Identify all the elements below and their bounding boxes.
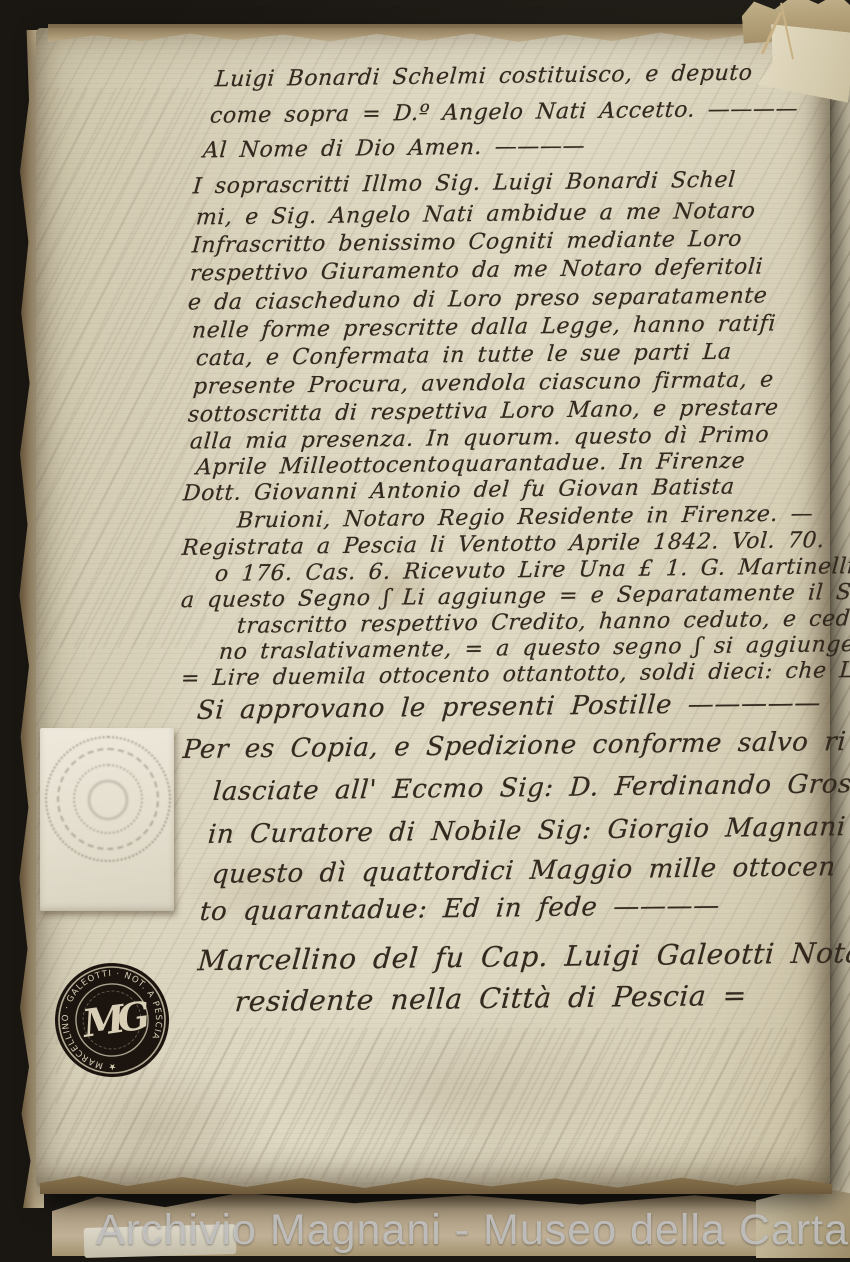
manuscript-line: mi, e Sig. Angelo Nati ambidue a me Nota… xyxy=(195,199,756,231)
notary-seal-graphic: ★ MARCELLINO · GALEOTTI · NOT. A PESCIA … xyxy=(44,952,180,1088)
manuscript-line: e da ciascheduno di Loro preso separatam… xyxy=(187,283,768,315)
manuscript-line: residente nella Città di Pescia = xyxy=(234,979,748,1018)
manuscript-line: Infrascritto benissimo Cogniti mediante … xyxy=(191,227,743,259)
notary-ink-seal-icon: ★ MARCELLINO · GALEOTTI · NOT. A PESCIA … xyxy=(44,952,180,1088)
archive-watermark-caption: Archivio Magnani - Museo della Carta xyxy=(96,1206,849,1255)
manuscript-line: Dott. Giovanni Antonio del fu Giovan Bat… xyxy=(182,475,736,507)
manuscript-line: respettivo Giuramento da me Notaro defer… xyxy=(189,254,764,286)
manuscript-line: questo dì quattordici Maggio mille ottoc… xyxy=(211,852,837,890)
embossed-stamp-core-icon xyxy=(88,780,128,820)
manuscript-line: come sopra = D.º Angelo Nati Accetto. ——… xyxy=(209,96,799,128)
manuscript-line: in Curatore di Nobile Sig: Giorgio Magna… xyxy=(207,812,847,850)
manuscript-line: Luigi Bonardi Schelmi costituisco, e dep… xyxy=(214,61,753,93)
manuscript-line: to quarantadue: Ed in fede ———— xyxy=(199,891,721,927)
manuscript-line: I soprascritti Illmo Sig. Luigi Bonardi … xyxy=(192,168,737,200)
manuscript-line: cata, e Confermata in tutte le sue parti… xyxy=(195,340,733,372)
seal-monogram: MG xyxy=(78,992,152,1046)
manuscript-line: Marcellino del fu Cap. Luigi Galeotti No… xyxy=(197,936,850,978)
manuscript-page: Luigi Bonardi Schelmi costituisco, e dep… xyxy=(36,28,830,1188)
manuscript-line: Si approvano le presenti Postille ————— xyxy=(196,688,822,726)
manuscript-line: Al Nome di Dio Amen. ———— xyxy=(202,134,586,164)
pasted-paper-stamp-label xyxy=(40,728,174,911)
manuscript-line: lasciate all' Eccmo Sig: D. Ferdinando G… xyxy=(212,769,850,807)
manuscript-line: presente Procura, avendola ciascuno firm… xyxy=(192,367,775,399)
photographed-manuscript-scene: Luigi Bonardi Schelmi costituisco, e dep… xyxy=(0,0,850,1262)
manuscript-line: Per es Copia, e Spedizione conforme salv… xyxy=(182,727,848,765)
manuscript-line: nelle forme prescritte dalla Legge, hann… xyxy=(191,311,777,343)
